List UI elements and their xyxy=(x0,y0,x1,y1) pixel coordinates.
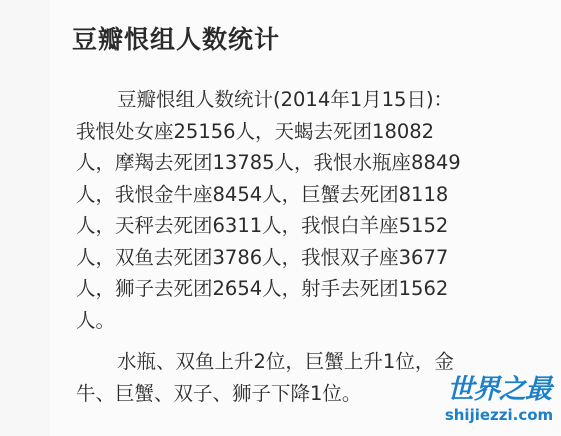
paragraph-line: 我恨处女座25156人，天蝎去死团18082 xyxy=(76,116,476,148)
watermark-domain-text: shijiezzi.com xyxy=(440,406,558,424)
page: 豆瓣恨组人数统计 豆瓣恨组人数统计(2014年1月15日)： 我恨处女座2515… xyxy=(0,0,561,436)
watermark-chinese-text: 世界之最 xyxy=(440,374,558,406)
paragraph-line: 牛、巨蟹、双子、狮子下降1位。 xyxy=(76,378,476,410)
paragraph-line: 人，狮子去死团2654人，射手去死团1562 xyxy=(76,273,476,305)
ranking-change-paragraph: 水瓶、双鱼上升2位，巨蟹上升1位，金 牛、巨蟹、双子、狮子下降1位。 xyxy=(76,346,476,409)
paragraph-line: 人，天秤去死团6311人，我恨白羊座5152 xyxy=(76,210,476,242)
paragraph-line: 水瓶、双鱼上升2位，巨蟹上升1位，金 xyxy=(76,346,476,378)
paragraph-line: 人，摩羯去死团13785人，我恨水瓶座8849 xyxy=(76,147,476,179)
watermark-logo: 世界之最 shijiezzi.com xyxy=(440,374,558,424)
paragraph-line: 人。 xyxy=(76,305,476,337)
stats-paragraph: 豆瓣恨组人数统计(2014年1月15日)： 我恨处女座25156人，天蝎去死团1… xyxy=(76,84,476,336)
paragraph-line: 人，我恨金牛座8454人，巨蟹去死团8118 xyxy=(76,179,476,211)
paragraph-line: 人，双鱼去死团3786人，我恨双子座3677 xyxy=(76,242,476,274)
document-title: 豆瓣恨组人数统计 xyxy=(72,22,280,58)
paragraph-line: 豆瓣恨组人数统计(2014年1月15日)： xyxy=(76,84,476,116)
